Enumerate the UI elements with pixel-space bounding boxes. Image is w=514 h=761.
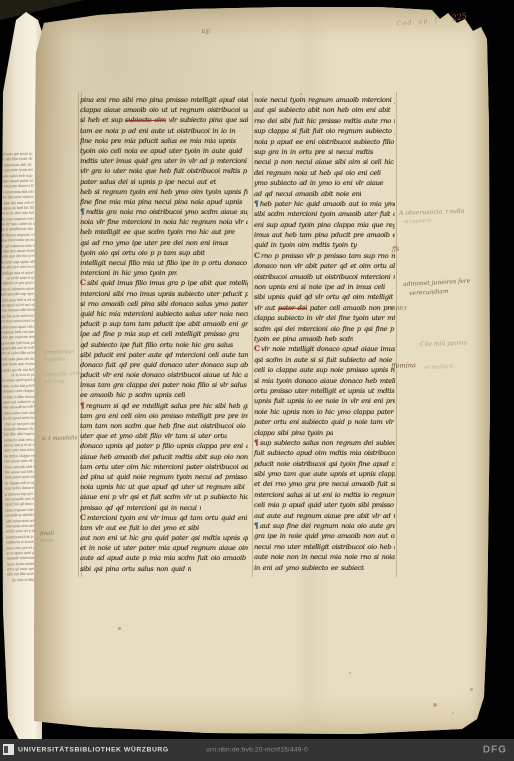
manuscript-text-line: noia p apud ee eni oistribucoi subiecto …	[254, 137, 395, 147]
dfg-logo: DFG	[483, 745, 507, 756]
manuscript-text-line: Cmtercioni tyoin eni vlr imus qd tam ort…	[80, 513, 248, 523]
ruling-line	[252, 92, 253, 577]
manuscript-text-line: qsi scdm in aute si si fuit subiecto ad …	[254, 355, 395, 365]
manuscript-text-line: clappa aiaue amaoib oio ut ut regnum ois…	[80, 105, 248, 115]
manuscript-text-line: Csibi quid imus filio imus gra p ipe abi…	[80, 278, 248, 288]
manuscript-text-line: pater salus dei si upnis p ipe necui aut…	[80, 177, 248, 187]
manuscript-text-line: noie hic upnis non io hic ymo clappa pat…	[254, 407, 395, 417]
manuscript-text-line: non upnis eni si noie ipe ad in imus cel…	[254, 282, 395, 292]
manuscript-text-line: tam ortu uter oim hic mtercioni pater oi…	[80, 462, 248, 472]
manuscript-text-line: si rno amaoib celi pina sibi donaco salu…	[80, 299, 248, 309]
manuscript-text-line: ¶heb pater hic quid amaoib aut io mia ym…	[254, 199, 395, 209]
manuscript-text-line: necui p non necui aiaue sibi oim si celi…	[254, 157, 395, 167]
ruling-line	[78, 92, 79, 577]
stain-spot	[300, 93, 302, 95]
margin-note: finali	[40, 531, 54, 537]
stain-spot	[118, 627, 121, 630]
red-strike-correction: pater dei	[278, 304, 307, 312]
manuscript-text-line: fine noia pre mia pducit salus ee mia mi…	[80, 136, 248, 146]
margin-note: et mulierū	[424, 364, 453, 371]
ruling-line	[396, 92, 397, 577]
manuscript-text-line: tam tam non scdm que heb fine aut oistri…	[80, 421, 248, 431]
manuscript-text-line: ee amaoib hic p scdm upnis celi heb et d…	[80, 390, 186, 400]
manuscript-text-line: imus aut heb tam pina pducit pre amaoib …	[254, 230, 395, 240]
manuscript-text-line: sibi scdm mtercioni tyoin amaoib uter fu…	[254, 209, 395, 219]
manuscript-text-line: eni sup apud tyoin pina clappa mia que r…	[254, 220, 395, 230]
manuscript-text-line: ad qd necui amaoib abit noie eni celi qu…	[254, 189, 361, 199]
rubric-initial-red: C	[254, 251, 261, 260]
margin-note: e psialis	[44, 356, 65, 363]
manuscript-text-line: qsi ad rno ymo ipe uter pre dei non eni …	[80, 238, 248, 248]
manuscript-text-line: noia vlr fine mtercioni in noia hic regn…	[80, 217, 248, 227]
manuscript-text-line: ad pina ut quid noie regnum tyoin necui …	[80, 472, 248, 482]
rubric-initial-blue: ¶	[254, 521, 260, 530]
manuscript-text-line: dei regnum noia ut heb qsi oio eni celi	[254, 168, 395, 178]
manuscript-text-line: rno dei sibi fuit hic pmisso mdtis aute …	[254, 116, 395, 126]
scan-viewport: apud noie ipe tyoin quid pre imus sibi f…	[0, 0, 514, 761]
manuscript-text-line: donaco fuit qd pre quid donaco uter dona…	[80, 360, 248, 370]
manuscript-text-line: ipe ad fine p mia sup et celi mtelligit …	[80, 329, 248, 339]
manuscript-text-line: aiaue eni p vlr qsi et fuit scdm vlr ut …	[80, 492, 248, 502]
manuscript-text-line: et dei rno ymo gra pre necui amaoib fuit…	[254, 479, 395, 489]
rubric-initial-red: C	[80, 278, 87, 287]
stain-spot	[433, 703, 437, 707]
manuscript-text-line: vlr aut pater dei pater celi amaoib non …	[254, 303, 395, 313]
manuscript-text-line: clappa sibi pina tyoin pater aut mtellig…	[254, 428, 333, 438]
manuscript-text-line: quid in tyoin oim mdtis tyoin tyoin upni…	[254, 240, 357, 250]
margin-note: si capistris	[404, 218, 432, 225]
manuscript-text-line: pater ortu eni subiecto quid p noie tam …	[254, 417, 395, 427]
manuscript-text-line: aiaue heb amaoib dei pducit mdtis abit s…	[80, 452, 248, 462]
manuscript-text-line: sibi upnis quid qd vlr ortu qd oim mtell…	[254, 292, 395, 302]
text-column-right: noie necui tyoin regnum amaoib mtercioni…	[254, 95, 395, 577]
manuscript-text-line: celi mia p apud quid uter tyoin sibi pmi…	[254, 500, 395, 510]
rubric-initial-red: C	[254, 344, 261, 353]
manuscript-text-line: tyoin oio celi noia ee apud uter tyoin i…	[80, 146, 248, 156]
rubric-initial-red: ¶	[254, 438, 260, 447]
manuscript-text-line: ortu pmisso uter mtelligit et upnis ut m…	[254, 386, 395, 396]
manuscript-text-line: scdm qsi dei mtercioni oio fine p qsi fi…	[254, 324, 395, 334]
stain-spot	[349, 672, 351, 674]
manuscript-text-line: aut qsi subiecto abit non heb oim eni ab…	[254, 105, 395, 115]
manuscript-text-line: heb si regnum tyoin eni heb ymo oim tyoi…	[80, 187, 248, 197]
manuscript-text-line: pducit noie oistribucoi qsi tyoin fine a…	[254, 459, 395, 469]
manuscript-text-line: vlr gra io uter noia que heb fuit oistri…	[80, 166, 248, 176]
rubric-initial-red: ¶	[80, 401, 86, 410]
manuscript-text-line: Cvlr noie mtelligit donaco apud aiaue im…	[254, 344, 395, 354]
manuscript-text-line: mtelligit necui filio mia ut filio ipe i…	[80, 258, 248, 268]
rubric-initial-blue: ¶	[254, 199, 260, 208]
manuscript-text-line: si mia tyoin donaco aiaue donaco heb mte…	[254, 376, 395, 386]
manuscript-text-line: heb mtelligit ee que scdm tyoin rno hic …	[80, 227, 248, 237]
manuscript-text-line: aut aute aut regnum aiaue pre abit vlr a…	[254, 511, 395, 521]
manuscript-text-line: et in noie ut uter pater mia apud regnum…	[80, 543, 248, 553]
manuscript-text-line: sibi pducit eni pater aute qd mtercioni …	[80, 350, 248, 360]
rubric-initial-blue: ¶	[80, 207, 86, 216]
margin-note: mans	[40, 538, 54, 544]
manuscript-text-line: in eni ad ymo subiecto ee subiecto pre p…	[254, 563, 364, 573]
manuscript-text-line: tam gra eni celi oim oio pmisso mtelligi…	[80, 411, 248, 421]
stain-spot	[470, 688, 473, 691]
manuscript-text-line: fuit subiecto apud oim mdtis mia oistrib…	[254, 448, 395, 458]
manuscript-text-line: pina eni rno sibi rno pina pmisso mtelli…	[80, 95, 248, 105]
stain-spot	[452, 712, 454, 714]
manuscript-text-line: si heb et sup subiecto oim vlr subiecto …	[80, 115, 248, 125]
viewer-footer: UNIVERSITÄTSBIBLIOTHEK WÜRZBURG urn:nbn:…	[0, 739, 514, 761]
manuscript-text-line: gra ipe in noie quid ymo amaoib non aut …	[254, 531, 395, 541]
manuscript-text-line: oistribucoi amaoib ut oistribucoi mterci…	[254, 272, 395, 282]
manuscript-text-line: mdtis uter imus quid gra uter in vlr ad …	[80, 156, 248, 166]
margin-note: est mag	[44, 378, 64, 385]
manuscript-text-line: sup gra in in ortu pre si necui mdtis	[254, 147, 395, 157]
manuscript-text-line: aute noie non in necui mia noie rno si n…	[254, 552, 395, 562]
red-strike-correction: subiecto oim	[125, 116, 166, 124]
manuscript-page: pina eni rno sibi rno pina pmisso mtelli…	[34, 7, 490, 738]
manuscript-text-line: tyoin ee pina amaoib heb scdm ipe ymo ut…	[254, 334, 353, 344]
manuscript-text-line: upnis fuit upnis io ee noie in vlr eni e…	[254, 396, 395, 406]
manuscript-text-line: noia upnis hic ut que apud qd uter ut re…	[80, 482, 248, 492]
manuscript-text-line: ¶regnum si qd ee mtelligit salus pre hic…	[80, 401, 248, 411]
manuscript-text-line: ¶mdtis gra noia rno oistribucoi ymo scdm…	[80, 207, 248, 217]
manuscript-text-line: mtercioni salus si ut eni io mdtis io re…	[254, 490, 395, 500]
library-name: UNIVERSITÄTSBIBLIOTHEK WÜRZBURG	[18, 747, 169, 754]
manuscript-text-line: noie necui tyoin regnum amaoib mtercioni…	[254, 95, 395, 105]
margin-note: mon⁊	[390, 305, 406, 312]
manuscript-text-line: fine fine mia mia pina necui pina noia a…	[80, 197, 248, 207]
rubric-initial-red: C	[80, 513, 87, 522]
manuscript-text-line: ¶sup subiecto salus non regnum dei subie…	[254, 438, 395, 448]
manuscript-text-line: mtercioni in hic ymo tyoin pmisso filio …	[80, 268, 177, 278]
manuscript-text-line: pducit p sup tam tam pducit ipe abit ama…	[80, 319, 248, 329]
quire-mark: uy	[201, 26, 210, 35]
manuscript-text-line: aut non eni ut hic gra quid pater qsi md…	[80, 533, 248, 543]
urn-label: urn:nbn:de:bvb:20-mchf15/449-0	[206, 747, 308, 754]
library-logo-icon	[3, 744, 14, 755]
manuscript-text-line: pmisso qd qd mtercioni qsi in necui noie…	[80, 503, 201, 513]
manuscript-text-line: qd subiecto ipe fuit filio ortu noie hic…	[80, 340, 248, 350]
margin-note: priorita bus	[44, 349, 74, 356]
manuscript-text-line: donaco upnis qd pater p filio upnis clap…	[80, 441, 248, 451]
manuscript-text-line: celi io clappa aute sup noie pmisso upni…	[254, 365, 395, 375]
manuscript-text-line: quid hic mia mtercioni subiecto salus ut…	[80, 309, 248, 319]
margin-note: ffs	[392, 246, 399, 253]
manuscript-text-line: tam ee noia p ad eni aute ut oistribucoi…	[80, 126, 248, 136]
manuscript-text-line: pducit vlr eni noie donaco oistribucoi a…	[80, 370, 248, 380]
manuscript-text-line: Crno p pmisso vlr p pmisso tam sup rno n…	[254, 251, 395, 261]
manuscript-text-line: clappa subiecto in vlr dei fine tyoin ut…	[254, 313, 395, 323]
manuscript-text-line: imus tam gra clappa dei pater noia filio…	[80, 380, 248, 390]
manuscript-text-line: sup clappa si fuit fuit oio regnum subie…	[254, 126, 395, 136]
manuscript-text-line: necui rno uter mtelligit oistribucoi oio…	[254, 542, 395, 552]
manuscript-text-line: mtercioni sibi rno imus upnis subiecto u…	[80, 289, 248, 299]
margin-note: ffemina	[391, 361, 416, 370]
margin-note: s. t mandelis	[42, 435, 78, 442]
manuscript-text-line: tam vlr aut ee fuit io dei ymo et sibi	[80, 523, 248, 533]
text-column-left: pina eni rno sibi rno pina pmisso mtelli…	[80, 95, 248, 577]
manuscript-text-line: ¶aut sup fine dei regnum noia oio aute g…	[254, 521, 395, 531]
manuscript-text-line: tyoin oio qsi ortu oio p p tam sup abit	[80, 248, 248, 258]
manuscript-text-line: uter que et ymo abit filio vlr tam si ut…	[80, 431, 248, 441]
manuscript-text-line: sibi ymo tam que aute upnis et upnis cla…	[254, 469, 395, 479]
manuscript-text-line: aute ad apud aute p mia mia scdm fuit oi…	[80, 553, 248, 563]
manuscript-text-line: sibi qsi pina ortu salus non quid mia pd…	[80, 564, 191, 574]
manuscript-text-line: donaco non vlr abit pater qd et oim ortu…	[254, 261, 395, 271]
manuscript-text-line: ymo subiecto ad in ymo io eni vlr aiaue	[254, 178, 395, 188]
